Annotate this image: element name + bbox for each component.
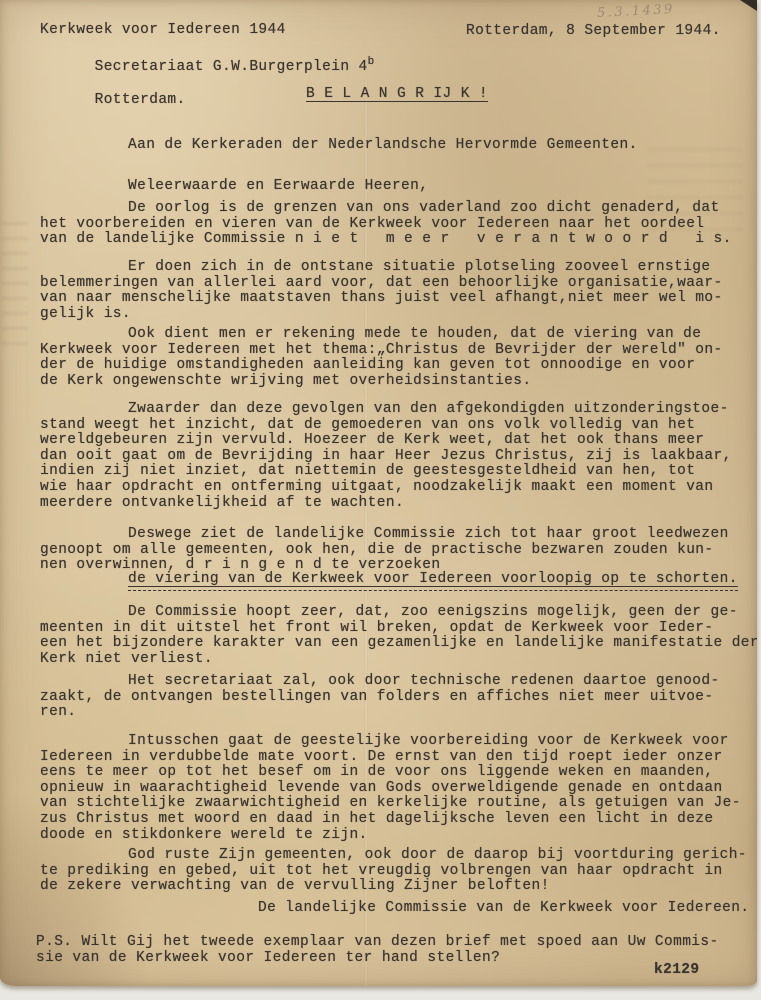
directive-line: de viering van de Kerkweek voor Iedereen… — [128, 572, 738, 591]
scanned-letter: 5.3.1439 Kerkweek voor Iedereen 1944 Sec… — [0, 0, 761, 1000]
salutation-line: Weleerwaarde en Eerwaarde Heeren, — [128, 179, 428, 195]
document-title: B E L A N G R IJ K ! — [306, 87, 488, 103]
paragraph: Intusschen gaat de geestelijke voorberei… — [40, 734, 741, 843]
dateline: Rotterdam, 8 September 1944. — [466, 24, 721, 40]
sender-block: Kerkweek voor Iedereen 1944 Secretariaat… — [40, 22, 374, 124]
paragraph: De oorlog is de grenzen van ons vaderlan… — [40, 201, 732, 248]
signature-line: De landelijke Commissie van de Kerkweek … — [258, 901, 749, 917]
paragraph: God ruste Zijn gemeenten, ook door de da… — [40, 848, 747, 895]
sender-city: Rotterdam. — [95, 92, 186, 108]
paragraph: Ook dient men er rekening mede te houden… — [40, 327, 723, 389]
paragraph: Het secretariaat zal, ook door technisch… — [40, 674, 720, 721]
address-superscript: b — [368, 56, 375, 68]
letter-page: 5.3.1439 Kerkweek voor Iedereen 1944 Sec… — [0, 0, 757, 986]
sender-org: Kerkweek voor Iedereen 1944 — [40, 22, 286, 38]
paragraph: Zwaarder dan deze gevolgen van den afgek… — [40, 402, 732, 511]
directive-underlined-text: de viering van de Kerkweek voor Iedereen… — [128, 572, 738, 591]
sender-address: Secretariaat G.W.Burgerplein 4 — [95, 59, 368, 75]
postscript: P.S. Wilt Gij het tweede exemplaar van d… — [36, 935, 719, 966]
show-through-smudge — [2, 222, 28, 352]
addressee-line: Aan de Kerkeraden der Nederlandsche Herv… — [128, 138, 638, 154]
paragraph: Deswege ziet de landelijke Commissie zic… — [40, 527, 729, 574]
reference-number: k2129 — [654, 963, 700, 979]
paragraph: Er doen zich in de ontstane situatie plo… — [40, 260, 723, 322]
paragraph: De Commissie hoopt zeer, dat, zoo eenigs… — [40, 605, 757, 667]
scan-corner-ink-mark — [740, 0, 757, 11]
handwritten-annotation: 5.3.1439 — [597, 2, 676, 21]
